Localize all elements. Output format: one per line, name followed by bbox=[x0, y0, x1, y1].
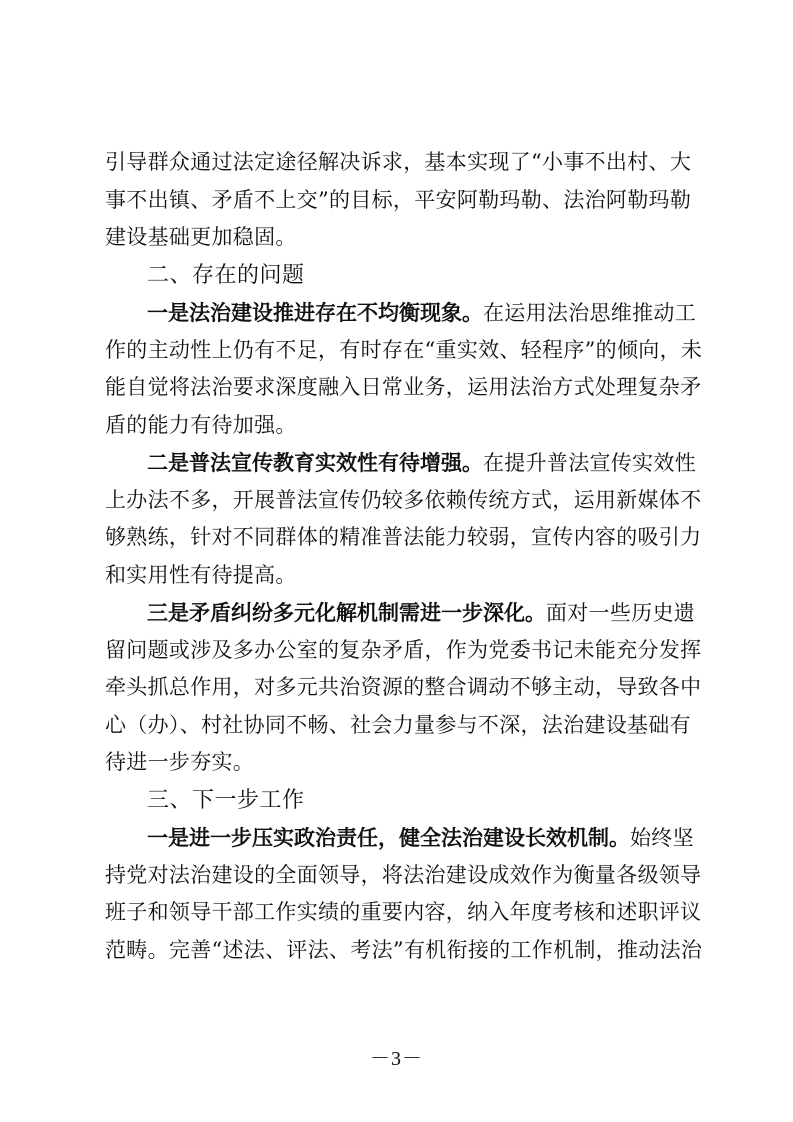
bold-lead-sentence: 一是法治建设推进存在不均衡现象。 bbox=[147, 300, 483, 325]
page-number: －3－ bbox=[0, 1042, 793, 1071]
bold-lead-sentence: 一是进一步压实政治责任，健全法治建设长效机制。 bbox=[147, 825, 630, 850]
body-line: 持党对法治建设的全面领导，将法治建设成效作为衡量各级领导 bbox=[105, 857, 689, 895]
body-text: 面对一些历史遗 bbox=[546, 601, 695, 625]
body-line: 和实用性有待提高。 bbox=[105, 557, 689, 595]
bold-lead-sentence: 二是普法宣传教育实效性有待增强。 bbox=[147, 450, 483, 475]
document-body: 引导群众通过法定途径解决诉求，基本实现了“小事不出村、大 事不出镇、矛盾不上交”… bbox=[105, 144, 689, 969]
body-line: 盾的能力有待加强。 bbox=[105, 407, 689, 445]
body-line: 引导群众通过法定途径解决诉求，基本实现了“小事不出村、大 bbox=[105, 144, 689, 182]
paragraph-lead-line: 二是普法宣传教育实效性有待增强。在提升普法宣传实效性 bbox=[105, 444, 689, 482]
body-line: 作的主动性上仍有不足，有时存在“重实效、轻程序”的倾向，未 bbox=[105, 332, 689, 370]
paragraph-lead-line: 一是进一步压实政治责任，健全法治建设长效机制。始终坚 bbox=[105, 819, 689, 857]
body-line: 够熟练，针对不同群体的精准普法能力较弱，宣传内容的吸引力 bbox=[105, 519, 689, 557]
document-page: 引导群众通过法定途径解决诉求，基本实现了“小事不出村、大 事不出镇、矛盾不上交”… bbox=[0, 0, 793, 1122]
body-line: 待进一步夯实。 bbox=[105, 744, 689, 782]
body-line: 上办法不多，开展普法宣传仍较多依赖传统方式，运用新媒体不 bbox=[105, 482, 689, 520]
body-line: 心（办）、村社协同不畅、社会力量参与不深，法治建设基础有 bbox=[105, 707, 689, 745]
body-line: 事不出镇、矛盾不上交”的目标，平安阿勒玛勒、法治阿勒玛勒 bbox=[105, 182, 689, 220]
body-line: 留问题或涉及多办公室的复杂矛盾，作为党委书记未能充分发挥 bbox=[105, 632, 689, 670]
body-text: 在运用法治思维推动工 bbox=[483, 301, 696, 325]
body-line: 班子和领导干部工作实绩的重要内容，纳入年度考核和述职评议 bbox=[105, 894, 689, 932]
body-line: 能自觉将法治要求深度融入日常业务，运用法治方式处理复杂矛 bbox=[105, 369, 689, 407]
body-line: 建设基础更加稳固。 bbox=[105, 219, 689, 257]
body-text: 始终坚 bbox=[630, 826, 694, 850]
paragraph-lead-line: 一是法治建设推进存在不均衡现象。在运用法治思维推动工 bbox=[105, 294, 689, 332]
body-line: 范畴。完善“述法、评法、考法”有机衔接的工作机制，推动法治 bbox=[105, 932, 689, 970]
section-heading-problems: 二、存在的问题 bbox=[105, 257, 689, 295]
body-text: 在提升普法宣传实效性 bbox=[483, 451, 696, 475]
section-heading-next-steps: 三、下一步工作 bbox=[105, 782, 689, 820]
paragraph-lead-line: 三是矛盾纠纷多元化解机制需进一步深化。面对一些历史遗 bbox=[105, 594, 689, 632]
body-line: 牵头抓总作用，对多元共治资源的整合调动不够主动，导致各中 bbox=[105, 669, 689, 707]
bold-lead-sentence: 三是矛盾纠纷多元化解机制需进一步深化。 bbox=[147, 600, 546, 625]
